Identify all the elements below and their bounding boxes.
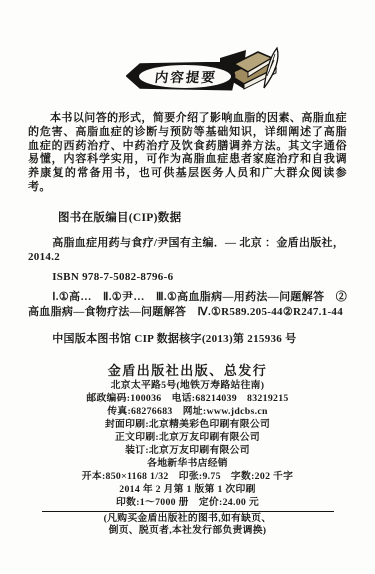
publisher-line-cover-printer: 封面印刷:北京精美彩色印刷有限公司 xyxy=(0,418,375,431)
publisher-header: 金盾出版社出版、总发行 xyxy=(0,363,375,379)
badge-ribbon: 内容提要 xyxy=(126,62,236,91)
badge-oval: 内容提要 xyxy=(139,65,231,88)
publisher-line-address: 北京太平路5号(地铁万寿路站往南) xyxy=(0,379,375,392)
isbn-line: ISBN 978-7-5082-8796-6 xyxy=(28,271,347,283)
publisher-block: 金盾出版社出版、总发行 北京太平路5号(地铁万寿路站往南) 邮政编码:10003… xyxy=(0,363,375,537)
publisher-line-postcode: 邮政编码:100036 电话:68214039 83219215 xyxy=(0,392,375,405)
cip-heading: 图书在版编目(CIP)数据 xyxy=(58,209,347,225)
exchange-note-line2: 倒页、脱页者,本社发行部负责调换) xyxy=(0,525,375,537)
publisher-line-binding: 装订:北京万友印刷有限公司 xyxy=(0,444,375,457)
cip-block: 图书在版编目(CIP)数据 高脂血症用药与食疗/尹国有主编．— 北京 ：金盾出版… xyxy=(28,209,347,346)
copyright-page: 内容提要 本书以问答的形式，简要介绍了影响血脂的因素、高脂血症的危害、高脂血症的… xyxy=(0,0,375,574)
cip-title-year: 2014.2 xyxy=(28,250,347,265)
classification-line: Ⅰ.①高… Ⅱ.①尹… Ⅲ.①高血脂病—用药法—问题解答 ②高血脂病—食物疗法—… xyxy=(28,290,347,321)
summary-paragraph: 本书以问答的形式，简要介绍了影响血脂的因素、高脂血症的危害、高脂血症的诊断与预防… xyxy=(28,112,347,195)
content-summary-badge: 内容提要 xyxy=(16,50,375,102)
publisher-line-distribution: 各地新华书店经销 xyxy=(0,457,375,470)
cip-registry-line: 中国版本图书馆 CIP 数据核字(2013)第 215936 号 xyxy=(28,330,347,346)
badge-label: 内容提要 xyxy=(151,66,217,86)
publisher-line-edition: 2014 年 2 月第 1 版第 1 次印刷 xyxy=(0,483,375,496)
cip-title-line: 高脂血症用药与食疗/尹国有主编．— 北京 ：金盾出版社， xyxy=(28,234,347,250)
publisher-line-format: 开本:850×1168 1/32 印张:9.75 字数:202 千字 xyxy=(0,470,375,483)
publisher-line-text-printer: 正文印刷:北京万友印刷有限公司 xyxy=(0,431,375,444)
publisher-line-fax-web: 传真:68276683 网址:www.jdcbs.cn xyxy=(0,405,375,418)
publisher-line-price: 印数:1～7000 册 定价:24.00 元 xyxy=(0,496,375,509)
exchange-note-line1: (凡购买金盾出版社的图书,如有缺页、 xyxy=(0,513,375,525)
